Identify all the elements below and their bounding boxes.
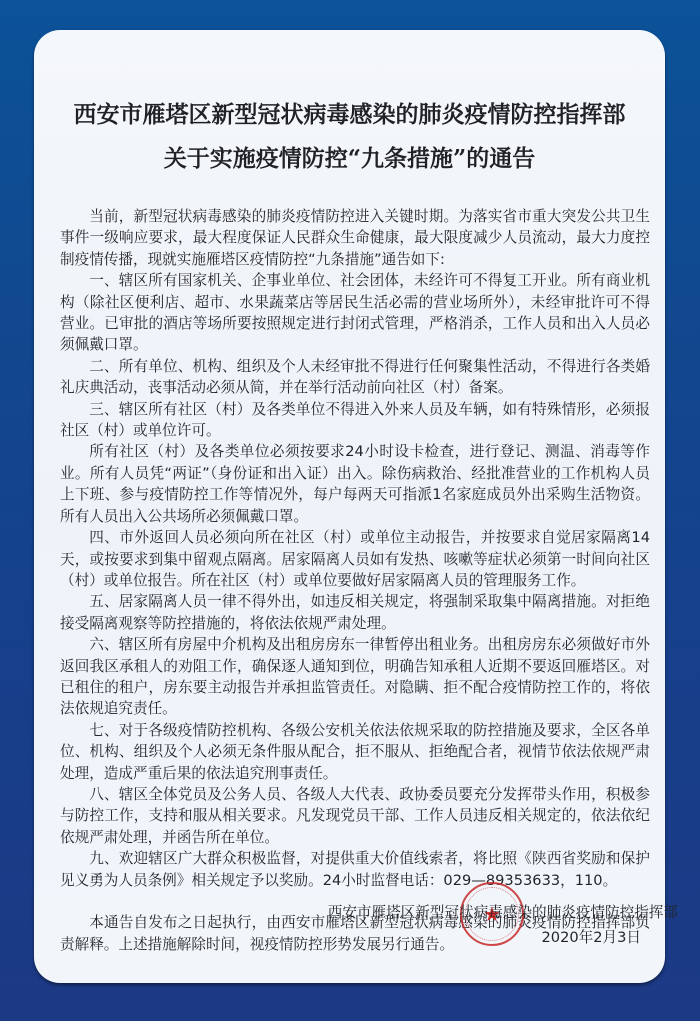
measure-2-paragraph: 二、所有单位、机构、组织及个人未经审批不得进行任何聚集性活动，不得进行各类婚礼庆…	[60, 356, 650, 399]
notice-card: 西安市雁塔区新型冠状病毒感染的肺炎疫情防控指挥部 关于实施疫情防控“九条措施”的…	[34, 30, 665, 983]
signature-date: 2020年2月3日	[542, 926, 642, 947]
measure-7-paragraph: 七、对于各级疫情防控机构、各级公安机关依法依规采取的防控措施及要求，全区各单位、…	[60, 720, 650, 784]
intro-paragraph: 当前，新型冠状病毒感染的肺炎疫情防控进入关键时期。为落实省市重大突发公共卫生事件…	[60, 206, 650, 270]
measure-4-paragraph: 四、市外返回人员必须向所在社区（村）或单位主动报告，并按要求自觉居家隔离14天，…	[60, 527, 650, 591]
signature-issuer: 西安市雁塔区新型冠状病毒感染的肺炎疫情防控指挥部	[318, 902, 678, 924]
measure-8-paragraph: 八、辖区全体党员及公务人员、各级人大代表、政协委员要充分发挥带头作用，积极参与防…	[60, 784, 650, 848]
notice-body: 当前，新型冠状病毒感染的肺炎疫情防控进入关键时期。为落实省市重大突发公共卫生事件…	[60, 206, 650, 955]
measure-6-paragraph: 六、辖区所有房屋中介机构及出租房房东一律暂停出租业务。出租房房东必须做好市外返回…	[60, 634, 650, 720]
measure-9-paragraph: 九、欢迎辖区广大群众积极监督，对提供重大价值线索者，将比照《陕西省奖励和保护见义…	[60, 848, 650, 891]
measure-1-paragraph: 一、辖区所有国家机关、企事业单位、社会团体，未经许可不得复工开业。所有商业机构（…	[60, 270, 650, 356]
notice-title-line1: 西安市雁塔区新型冠状病毒感染的肺炎疫情防控指挥部	[34, 96, 665, 129]
measure-5-paragraph: 五、居家隔离人员一律不得外出，如违反相关规定，将强制采取集中隔离措施。对拒绝接受…	[60, 591, 650, 634]
notice-title-line2: 关于实施疫情防控“九条措施”的通告	[34, 140, 665, 173]
measure-3-paragraph: 三、辖区所有社区（村）及各类单位不得进入外来人员及车辆，如有特殊情形，必须报社区…	[60, 399, 650, 442]
measure-3-checkpoint-paragraph: 所有社区（村）及各类单位必须按要求24小时设卡检查，进行登记、测温、消毒等作业。…	[60, 441, 650, 527]
